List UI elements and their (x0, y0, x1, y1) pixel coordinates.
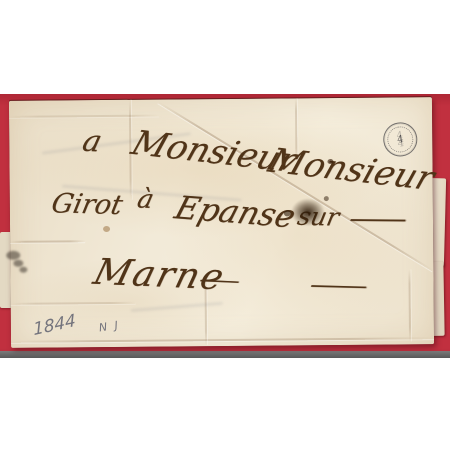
ink-blot-spot (324, 196, 329, 201)
address-a: à (135, 184, 157, 214)
postmark-inner-circle: 4 (386, 125, 416, 155)
address-dash: — (308, 270, 369, 300)
address-dash: — (348, 204, 408, 235)
paper-crease-horizontal (10, 240, 85, 243)
ink-blot (291, 198, 325, 226)
edge-smudge (6, 251, 20, 260)
pencil-year-annotation: 1844 (33, 311, 77, 340)
edge-smudge (13, 260, 23, 267)
photo-of-letter: 4 a Monsieur Monsieur Girot à Epanse sur… (0, 94, 450, 358)
edge-smudge (19, 267, 27, 273)
address-dash: — (198, 267, 241, 294)
screenshot-canvas: 4 a Monsieur Monsieur Girot à Epanse sur… (0, 0, 450, 450)
ink-showthrough-mark (131, 302, 223, 312)
pencil-initials-annotation: N J (98, 319, 121, 335)
paper-crease-horizontal (11, 302, 136, 305)
paper-fold-horizontal (11, 337, 434, 343)
table-edge-strip (0, 351, 450, 358)
postmark-date-text: 4 (396, 134, 404, 146)
letter-cover: 4 a Monsieur Monsieur Girot à Epanse sur… (9, 97, 434, 348)
address-salutation: a (79, 124, 105, 160)
address-place-epanse: Epanse (171, 189, 301, 236)
paper-fleck (103, 226, 110, 232)
address-name-girot: Girot (49, 188, 125, 221)
ink-dot (327, 159, 333, 164)
paper-crease-horizontal (9, 115, 159, 118)
paper-crease-vertical (408, 269, 411, 341)
ink-blot-spot (284, 210, 291, 216)
